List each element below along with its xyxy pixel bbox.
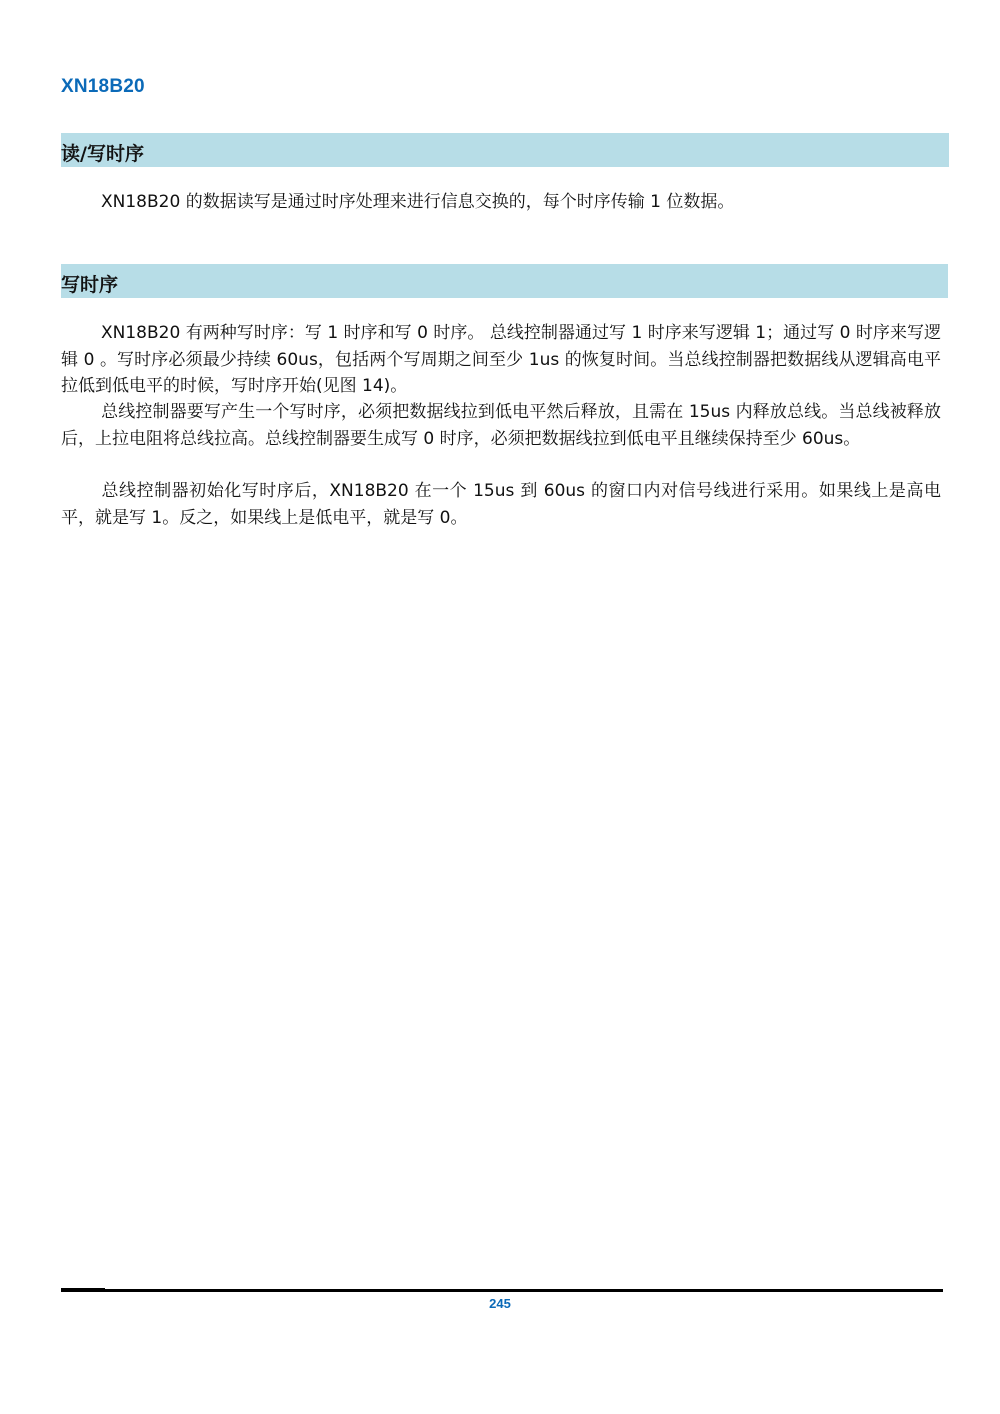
paragraph-text: 总线控制器初始化写时序后，XN18B20 在一个 15us 到 60us 的窗口… (61, 481, 941, 528)
section-heading-read-write-timing: 读/写时序 (61, 133, 949, 167)
paragraph-text: 总线控制器要写产生一个写时序，必须把数据线拉到低电平然后释放，且需在 15us … (61, 402, 941, 449)
paragraph-write-timing-types: XN18B20 有两种写时序：写 1 时序和写 0 时序。 总线控制器通过写 1… (61, 320, 941, 400)
paragraph-text: XN18B20 的数据读写是通过时序处理来进行信息交换的，每个时序传输 1 位数… (101, 192, 734, 212)
footer-divider (61, 1289, 943, 1292)
section-title: 读/写时序 (61, 139, 144, 166)
document-header-title: XN18B20 (61, 76, 145, 98)
paragraph-write-timing-sampling: 总线控制器初始化写时序后，XN18B20 在一个 15us 到 60us 的窗口… (61, 478, 941, 531)
section-title: 写时序 (61, 270, 118, 297)
paragraph-write-timing-generation: 总线控制器要写产生一个写时序，必须把数据线拉到低电平然后释放，且需在 15us … (61, 399, 941, 452)
paragraph-text: XN18B20 有两种写时序：写 1 时序和写 0 时序。 总线控制器通过写 1… (61, 323, 941, 396)
paragraph-intro: XN18B20 的数据读写是通过时序处理来进行信息交换的，每个时序传输 1 位数… (61, 189, 941, 216)
page-number: 245 (0, 1296, 1000, 1311)
section-heading-write-timing: 写时序 (61, 264, 948, 298)
